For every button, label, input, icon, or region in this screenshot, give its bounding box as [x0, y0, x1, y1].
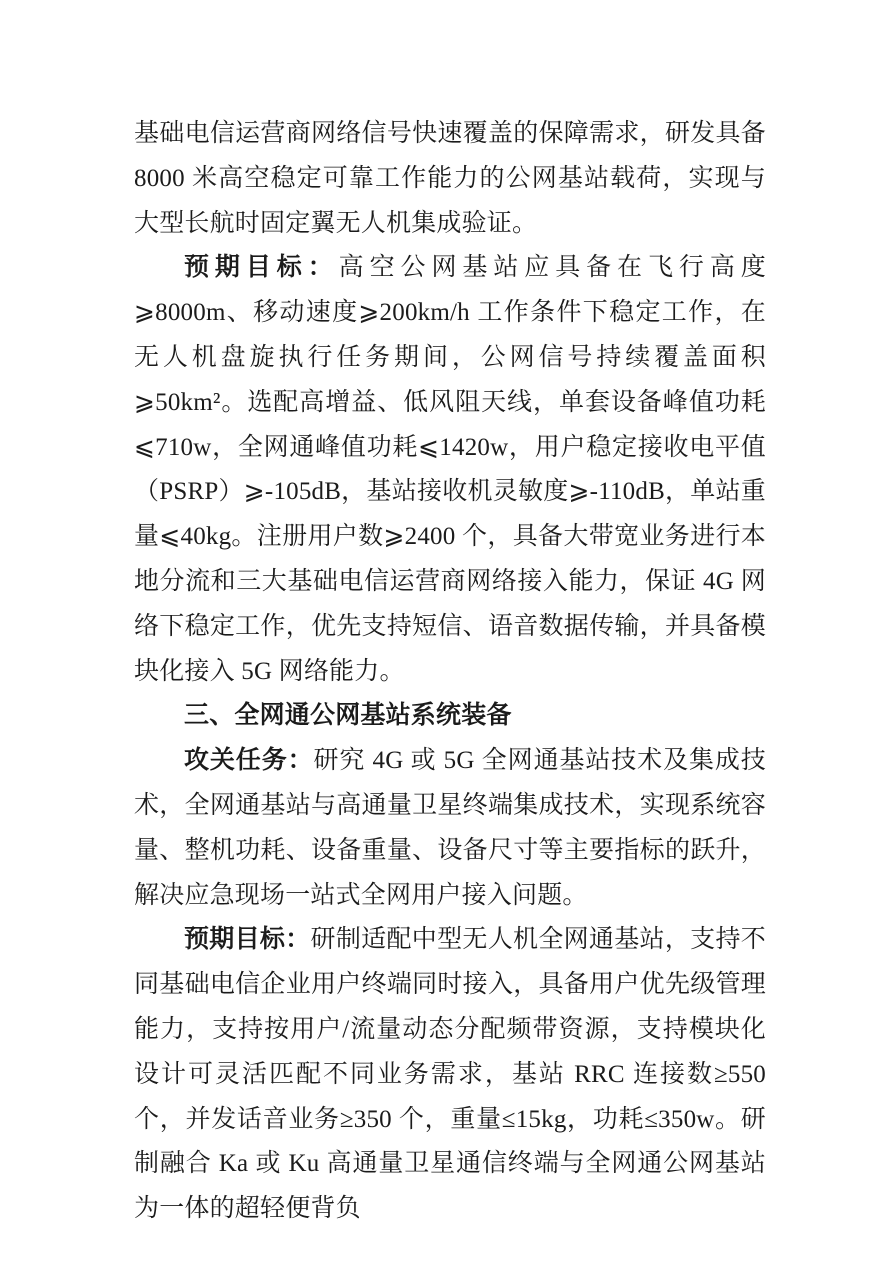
paragraph-expected-goals-2: 预期目标：研制适配中型无人机全网通基站，支持不同基础电信企业用户终端同时接入，具…	[134, 918, 766, 1232]
paragraph-label: 预期目标：	[184, 254, 339, 281]
paragraph-text: 研制适配中型无人机全网通基站，支持不同基础电信企业用户终端同时接入，具备用户优先…	[134, 926, 766, 1222]
paragraph-label: 预期目标：	[184, 926, 311, 953]
section-heading: 三、全网通公网基站系统装备	[134, 694, 766, 739]
paragraph-label: 攻关任务：	[184, 747, 314, 774]
paragraph-text: 高空公网基站应具备在飞行高度⩾8000m、移动速度⩾200km/h 工作条件下稳…	[134, 254, 766, 684]
paragraph-continuation: 基础电信运营商网络信号快速覆盖的保障需求，研发具备 8000 米高空稳定可靠工作…	[134, 112, 766, 246]
document-text-block: 基础电信运营商网络信号快速覆盖的保障需求，研发具备 8000 米高空稳定可靠工作…	[134, 112, 766, 1232]
paragraph-expected-goals-1: 预期目标：高空公网基站应具备在飞行高度⩾8000m、移动速度⩾200km/h 工…	[134, 246, 766, 694]
section-heading-text: 三、全网通公网基站系统装备	[184, 702, 512, 729]
document-page: 基础电信运营商网络信号快速覆盖的保障需求，研发具备 8000 米高空稳定可靠工作…	[0, 0, 892, 1262]
paragraph-text: 基础电信运营商网络信号快速覆盖的保障需求，研发具备 8000 米高空稳定可靠工作…	[134, 120, 766, 237]
paragraph-research-tasks: 攻关任务：研究 4G 或 5G 全网通基站技术及集成技术，全网通基站与高通量卫星…	[134, 739, 766, 918]
